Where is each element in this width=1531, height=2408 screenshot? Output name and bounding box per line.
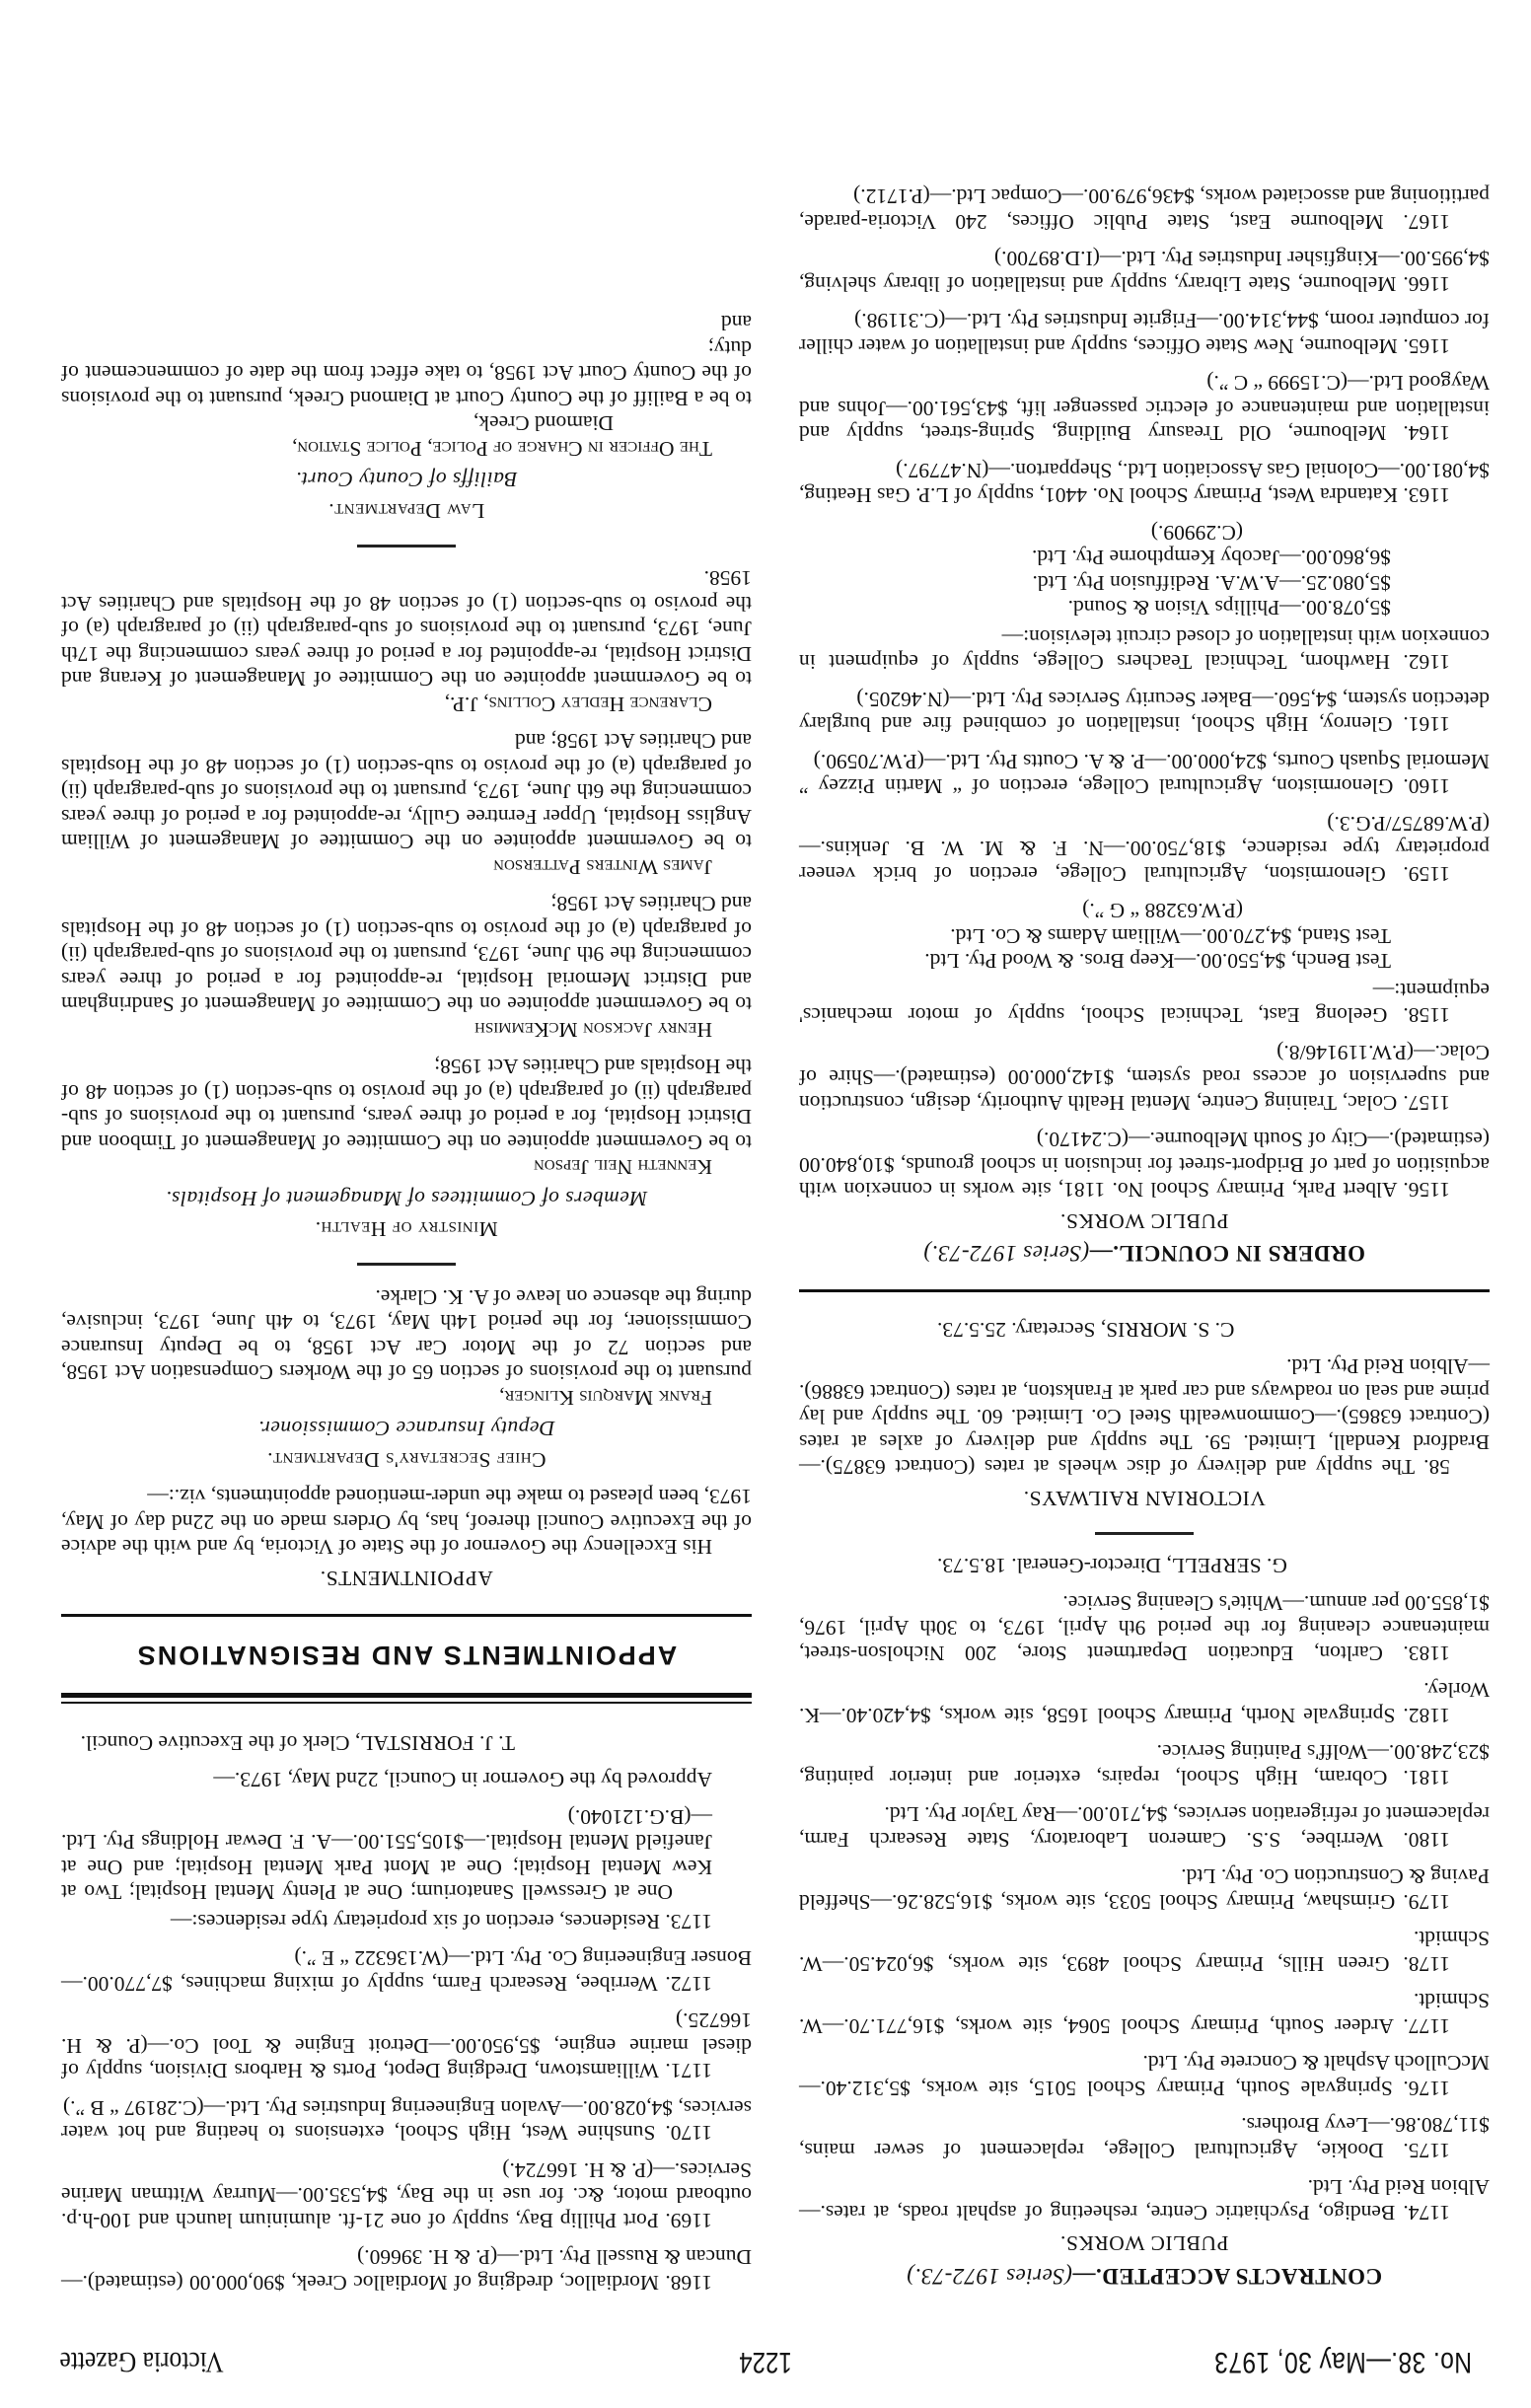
divider (61, 1614, 752, 1617)
orders-in-council-heading: ORDERS IN COUNCIL.—(Series 1972-73.) (799, 1241, 1490, 1267)
contracts-list: 1174. Bendigo, Psychiatric Centre, reshe… (799, 1590, 1490, 2226)
contract-entry: 1175. Dookie, Agricultural College, repl… (799, 2112, 1490, 2162)
page-header: No. 38.—May 30, 1973 1224 Victoria Gazet… (39, 2329, 1492, 2378)
order-entry: 1166. Melbourne, State Library, supply a… (799, 246, 1490, 296)
divider (357, 1264, 456, 1267)
order-entry: 1157. Colac, Training Centre, Mental Hea… (799, 1040, 1490, 1116)
order-entry: 1165. Melbourne, New State Offices, supp… (799, 308, 1490, 358)
residence-locations: One at Gresswell Sanatorium; One at Plen… (61, 1804, 712, 1905)
publication-title: Victoria Gazette (59, 2345, 223, 2378)
railways-signature: C. S. MORRIS, Secretary. 25.5.73. (799, 1317, 1490, 1343)
divider (1095, 1532, 1194, 1535)
appointee-details: to be a Bailiff of the County Court at D… (61, 335, 752, 411)
appointee-name: Frank Marquis Klinger, (61, 1385, 752, 1411)
appointee-details: pursuant to the provisions of section 65… (61, 1284, 752, 1385)
tender-item: $5,080.25.—A.W.A. Rediffusion Pty. Ltd. (799, 570, 1391, 596)
appointee-details: to be Government appointee on the Commit… (61, 728, 752, 854)
contracts-public-works-heading: PUBLIC WORKS. (799, 2230, 1490, 2256)
health-role: Members of Committees of Management of H… (61, 1186, 752, 1211)
health-members: Kenneth Neil Jepsonto be Government appo… (61, 565, 752, 1180)
appointee-name: Clarence Hedley Collins, J.P., (61, 692, 752, 717)
appointments-resignations-title: APPOINTMENTS AND RESIGNATIONS (61, 1642, 752, 1668)
order-entry: 1164. Melbourne, Old Treasury Building, … (799, 370, 1490, 446)
chief-secretary-department: Chief Secretary's Department. (61, 1447, 752, 1473)
file-reference: (P.W.63288 “ G ”.) (799, 898, 1391, 923)
appointee-name: Kenneth Neil Jepson (61, 1154, 752, 1180)
order-entry: 1170. Sunshine West, High School, extens… (61, 2095, 752, 2146)
approval-note: Approved by the Governor in Council, 22n… (61, 1767, 752, 1792)
appointee-details: to be Government appointee on the Commit… (61, 891, 752, 1017)
order-entry: 1156. Albert Park, Primary School No. 11… (799, 1127, 1490, 1203)
orders-public-works-heading: PUBLIC WORKS. (799, 1208, 1490, 1234)
contracts-signature: G. SERPELL, Director-General. 18.5.73. (799, 1553, 1490, 1578)
tender-item: Test Bench, $4,550.00.—Keep Bros. & Wood… (799, 948, 1391, 974)
order-entry: 1160. Glenormiston, Agricultural College… (799, 749, 1490, 799)
tender-item: $5,078.00.—Phillips Vision & Sound. (799, 595, 1391, 620)
divider (799, 1290, 1490, 1293)
railways-contracts: 58. The supply and delivery of disc whee… (799, 1353, 1490, 1480)
contract-entry: 1182. Springvale North, Primary School 1… (799, 1677, 1490, 1727)
gazette-page: No. 38.—May 30, 1973 1224 Victoria Gazet… (0, 0, 1531, 2408)
railways-heading: VICTORIAN RAILWAYS. (799, 1486, 1490, 1511)
order-entry: 1159. Glenormiston, Agricultural College… (799, 811, 1490, 887)
appointee-name: The Officer in Charge of Police, Police … (61, 436, 752, 462)
order-entry: 1162. Hawthorn, Technical Teachers Colle… (799, 624, 1490, 675)
appointee-details: to be Government appointee on the Commit… (61, 1054, 752, 1154)
deputy-insurance-role: Deputy Insurance Commissioner. (61, 1416, 752, 1441)
order-entry: 1173. Residences, erection of six propri… (61, 1909, 752, 1934)
orders-list: 1156. Albert Park, Primary School No. 11… (799, 183, 1490, 1203)
continuation: and (61, 310, 752, 335)
order-entry: 1171. Williamstown, Dredging Depot, Port… (61, 2007, 752, 2083)
contract-entry: 1183. Carlton, Education Department Stor… (799, 1590, 1490, 1666)
divider-double (61, 1694, 752, 1705)
tender-item: $6,860.00.—Jacoby Kempthorne Pty. Ltd. (799, 545, 1391, 570)
appointee-name: James Winters Patterson (61, 854, 752, 880)
contract-entry: 1181. Cobram, High School, repairs, exte… (799, 1739, 1490, 1789)
contract-entry: 1177. Ardeer South, Primary School 5064,… (799, 1988, 1490, 2038)
appointee-name-line2: Diamond Creek, (61, 410, 752, 436)
divider (357, 545, 456, 547)
law-department: Law Department. (61, 498, 752, 524)
contract-entry: 1174. Bendigo, Psychiatric Centre, reshe… (799, 2174, 1490, 2225)
appointee-details: to be Government appointee on the Commit… (61, 565, 752, 692)
tender-list: Test Bench, $4,550.00.—Keep Bros. & Wood… (799, 898, 1391, 974)
file-reference: (C.29909.) (799, 520, 1391, 546)
contract-entry: 1180. Werribee, S.S. Cameron Laboratory,… (799, 1801, 1490, 1852)
appointments-intro: His Excellency the Governor of the State… (61, 1484, 752, 1560)
bailiffs-role: Bailiffs of County Court. (61, 467, 752, 492)
contracts-series: (Series 1972-73.) (907, 2264, 1072, 2289)
contract-entry: 1178. Green Hills, Primary School 4893, … (799, 1926, 1490, 1976)
orders-title: ORDERS IN COUNCIL.— (1089, 1242, 1365, 1267)
order-entry: 1167. Melbourne East, State Public Offic… (799, 183, 1490, 234)
clerk-signature: T. J. FORRISTAL, Clerk of the Executive … (61, 1730, 752, 1756)
appointee-name: Henry Jackson McKemmish (61, 1017, 752, 1043)
column-right: 1168. Mordialloc, dredging of Mordialloc… (61, 298, 752, 2295)
order-entry: 1168. Mordialloc, dredging of Mordialloc… (61, 2244, 752, 2295)
page-number: 1224 (184, 2345, 1347, 2378)
column-left: CONTRACTS ACCEPTED.—(Series 1972-73.) PU… (799, 172, 1490, 2295)
order-entry: 1169. Port Phillip Bay, supply of one 21… (61, 2157, 752, 2233)
order-entry: 1158. Geelong East, Technical School, su… (799, 978, 1490, 1028)
tender-item: Test Stand, $4,270.00.—William Adams & C… (799, 923, 1391, 949)
orders-list-continued: 1168. Mordialloc, dredging of Mordialloc… (61, 1804, 752, 2296)
tender-list: $5,078.00.—Phillips Vision & Sound.$5,08… (799, 520, 1391, 620)
appointments-heading: APPOINTMENTS. (61, 1566, 752, 1591)
contracts-title: CONTRACTS ACCEPTED.— (1072, 2264, 1382, 2289)
contract-entry: 1176. Springvale South, Primary School 5… (799, 2050, 1490, 2100)
orders-series: (Series 1972-73.) (923, 1242, 1089, 1267)
health-department: Ministry of Health. (61, 1216, 752, 1242)
order-entry: 1163. Katandra West, Primary School No. … (799, 458, 1490, 508)
order-entry: 1172. Werribee, Research Farm, supply of… (61, 1945, 752, 1996)
contracts-accepted-heading: CONTRACTS ACCEPTED.—(Series 1972-73.) (799, 2264, 1490, 2290)
contract-entry: 1179. Grimshaw, Primary School 5033, sit… (799, 1863, 1490, 1914)
order-entry: 1161. Glenroy, High School, installation… (799, 687, 1490, 737)
